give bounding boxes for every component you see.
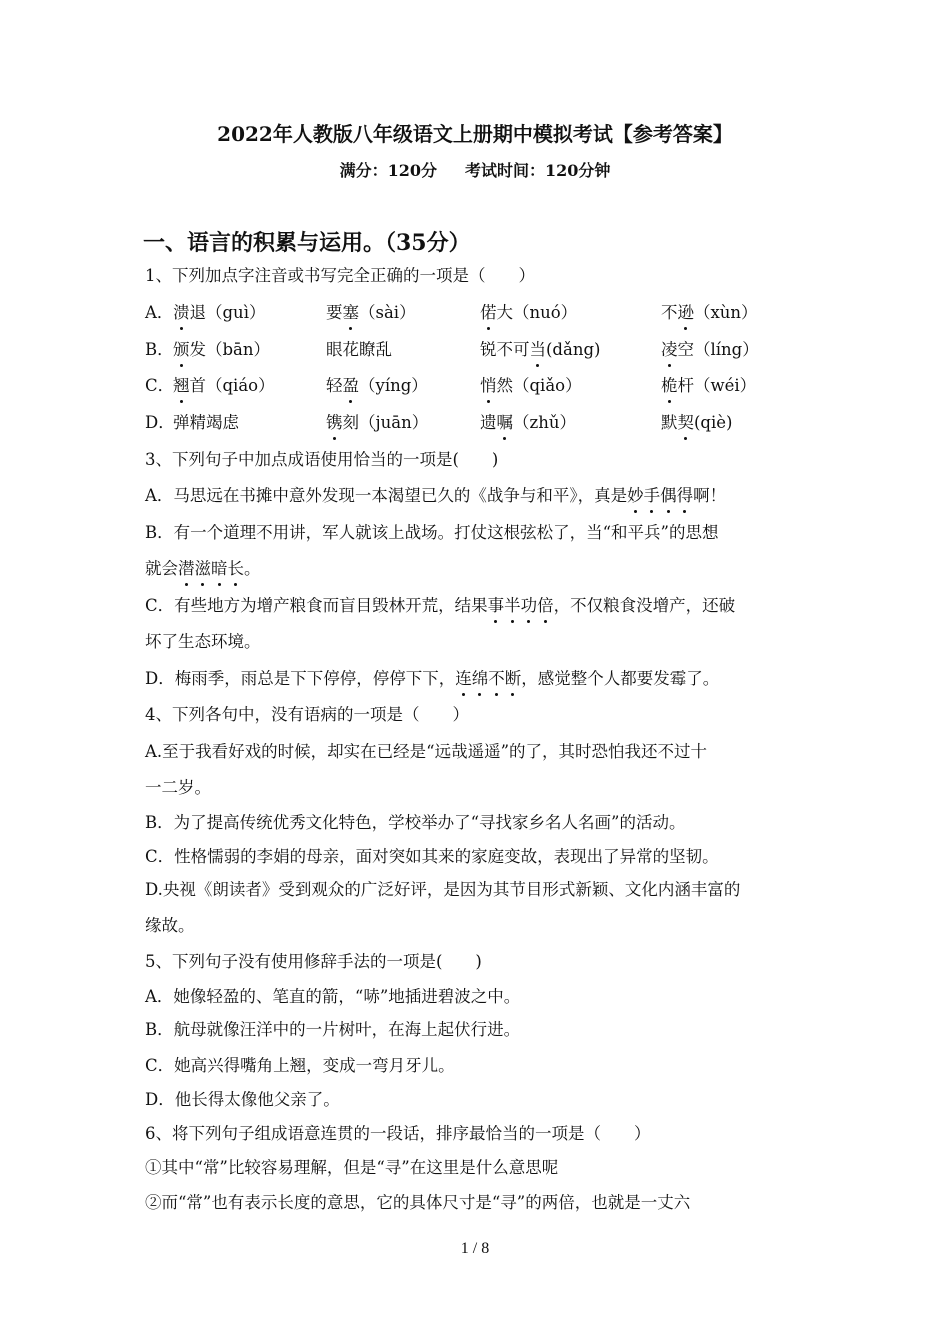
dotted-char: 得 <box>677 484 694 508</box>
dotted-char: 功 <box>521 594 538 618</box>
item-text: （xùn） <box>694 303 758 322</box>
q3-option-b-line1: B．有一个道理不用讲，军人就该上战场。打仗这根弦松了，当“和平兵”的思想 <box>145 521 719 545</box>
q4-option-c: C．性格懦弱的李娟的母亲，面对突如其来的家庭变故，表现出了异常的坚韧。 <box>145 845 719 869</box>
option-label: D． <box>145 411 175 435</box>
option-item: 眼花瞭乱 <box>326 338 392 362</box>
option-item: 溃退（guì） <box>173 301 265 325</box>
item-text: (qiè) <box>694 413 732 432</box>
item-text: 空（líng） <box>678 340 759 359</box>
question-1-stem: 1、下列加点字注音或书写完全正确的一项是（ ） <box>145 264 535 288</box>
option-item: 默契(qiè) <box>661 411 732 435</box>
exam-page: 2022年人教版八年级语文上册期中模拟考试【参考答案】 满分：120分考试时间：… <box>0 0 950 1344</box>
item-text: 然（qiǎo） <box>497 376 582 395</box>
q6-sentence-1: ①其中“常”比较容易理解，但是“寻”在这里是什么意思呢 <box>145 1156 558 1180</box>
q3-option-c-line1: C．有些地方为增产粮食而盲目毁林开荒，结果事半功倍，不仅粮食没增产，还破 <box>145 594 735 618</box>
dotted-char: 盈 <box>343 374 360 398</box>
item-text: 刻（juān） <box>343 413 429 432</box>
q1-option-b: B． 颁发（bān） 眼花瞭乱 锐不可当(dǎng) 凌空（líng） <box>145 338 825 362</box>
question-6-stem: 6、将下列句子组成语意连贯的一段话，排序最恰当的一项是（ ） <box>145 1122 651 1146</box>
option-text: 就会 <box>145 559 178 578</box>
q5-option-d: D．他长得太像他父亲了。 <box>145 1088 340 1112</box>
item-text: 眼花瞭乱 <box>326 340 392 359</box>
dotted-char: 当 <box>530 338 547 362</box>
dotted-char: 桅 <box>661 374 678 398</box>
q5-option-c: C．她高兴得嘴角上翘，变成一弯月牙儿。 <box>145 1054 455 1078</box>
item-text: 杆（wéi） <box>678 376 757 395</box>
item-text: 退（guì） <box>190 303 266 322</box>
q1-option-a: A． 溃退（guì） 要塞（sài） 偌大（nuó） 不逊（xùn） <box>145 301 825 325</box>
option-text: ，感觉整个人都要发霉了。 <box>521 669 719 688</box>
q4-option-a-line2: 一二岁。 <box>145 776 211 800</box>
q5-option-a: A．她像轻盈的、笔直的箭，“哧”地插进碧波之中。 <box>145 985 520 1009</box>
item-text: (dǎng) <box>546 340 600 359</box>
option-label: B． <box>145 338 174 362</box>
option-text: C．有些地方为增产粮食而盲目毁林开荒，结果 <box>145 596 488 615</box>
q3-option-d: D．梅雨季，雨总是下下停停，停停下下，连绵不断，感觉整个人都要发霉了。 <box>145 667 719 691</box>
option-item: 翘首（qiáo） <box>173 374 275 398</box>
dotted-char: 断 <box>505 667 522 691</box>
q3-option-b-line2: 就会潜滋暗长。 <box>145 557 261 581</box>
option-item: 偌大（nuó） <box>480 301 577 325</box>
dotted-char: 绵 <box>472 667 489 691</box>
item-text: 弹精竭虑 <box>173 413 239 432</box>
option-item: 轻盈（yíng） <box>326 374 428 398</box>
q4-option-d-line2: 缘故。 <box>145 914 195 938</box>
option-item: 悄然（qiǎo） <box>480 374 582 398</box>
option-item: 遗嘱（zhǔ） <box>480 411 576 435</box>
item-text: 锐不可 <box>480 340 530 359</box>
option-label: C． <box>145 374 174 398</box>
dotted-char: 连 <box>455 667 472 691</box>
dotted-char: 翘 <box>173 374 190 398</box>
dotted-char: 凌 <box>661 338 678 362</box>
item-text: 大（nuó） <box>497 303 578 322</box>
dotted-char: 滋 <box>195 557 212 581</box>
exam-meta: 满分：120分考试时间：120分钟 <box>0 158 950 181</box>
section-heading: 一、语言的积累与运用。（35分） <box>143 226 471 257</box>
full-score: 满分：120分 <box>340 161 437 180</box>
dotted-char: 半 <box>504 594 521 618</box>
item-text: 首（qiáo） <box>190 376 275 395</box>
dotted-char: 长 <box>228 557 245 581</box>
question-4-stem: 4、下列各句中，没有语病的一项是（ ） <box>145 703 469 727</box>
dotted-char: 偶 <box>660 484 677 508</box>
dotted-char: 不 <box>488 667 505 691</box>
dotted-char: 手 <box>644 484 661 508</box>
option-item: 凌空（líng） <box>661 338 759 362</box>
q3-option-c-line2: 坏了生态环境。 <box>145 630 261 654</box>
exam-time: 考试时间：120分钟 <box>465 161 610 180</box>
dotted-char: 悄 <box>480 374 497 398</box>
page-indicator: 1 / 8 <box>0 1240 950 1258</box>
question-3-stem: 3、下列句子中加点成语使用恰当的一项是( ) <box>145 448 498 472</box>
item-text: 遗 <box>480 413 497 432</box>
item-text: （zhǔ） <box>513 413 576 432</box>
q5-option-b: B．航母就像汪洋中的一片树叶，在海上起伏行进。 <box>145 1018 520 1042</box>
item-text: 不 <box>661 303 678 322</box>
option-text: D．梅雨季，雨总是下下停停，停停下下， <box>145 669 455 688</box>
q4-option-d-line1: D.央视《朗读者》受到观众的广泛好评，是因为其节目形式新颖、文化内涵丰富的 <box>145 878 740 902</box>
dotted-char: 镌 <box>326 411 343 435</box>
question-5-stem: 5、下列句子没有使用修辞手法的一项是( ) <box>145 950 482 974</box>
q1-option-d: D． 弹精竭虑 镌刻（juān） 遗嘱（zhǔ） 默契(qiè) <box>145 411 825 435</box>
dotted-char: 契 <box>678 411 695 435</box>
option-text: A．马思远在书摊中意外发现一本渴望已久的《战争与和平》，真是 <box>145 486 627 505</box>
option-text: 啊！ <box>693 486 726 505</box>
option-item: 要塞（sài） <box>326 301 416 325</box>
q3-option-a: A．马思远在书摊中意外发现一本渴望已久的《战争与和平》，真是妙手偶得啊！ <box>145 484 726 508</box>
option-item: 镌刻（juān） <box>326 411 428 435</box>
dotted-char: 塞 <box>343 301 360 325</box>
item-text: （sài） <box>359 303 416 322</box>
item-text: 轻 <box>326 376 343 395</box>
dotted-char: 事 <box>488 594 505 618</box>
q4-option-a-line1: A.至于我看好戏的时候，却实在已经是“远哉遥遥”的了，其时恐怕我还不过十 <box>145 740 707 764</box>
dotted-char: 嘱 <box>497 411 514 435</box>
option-item: 桅杆（wéi） <box>661 374 756 398</box>
document-title: 2022年人教版八年级语文上册期中模拟考试【参考答案】 <box>0 118 950 147</box>
option-item: 锐不可当(dǎng) <box>480 338 600 362</box>
option-text: 。 <box>244 559 261 578</box>
dotted-char: 颁 <box>173 338 190 362</box>
dotted-char: 偌 <box>480 301 497 325</box>
dotted-char: 逊 <box>678 301 695 325</box>
q1-option-c: C． 翘首（qiáo） 轻盈（yíng） 悄然（qiǎo） 桅杆（wéi） <box>145 374 825 398</box>
item-text: 发（bān） <box>190 340 271 359</box>
dotted-char: 倍 <box>537 594 554 618</box>
q6-sentence-2: ②而“常”也有表示长度的意思，它的具体尺寸是“寻”的两倍，也就是一丈六 <box>145 1191 690 1215</box>
q4-option-b: B．为了提高传统优秀文化特色，学校举办了“寻找家乡名人名画”的活动。 <box>145 811 686 835</box>
option-item: 弹精竭虑 <box>173 411 239 435</box>
dotted-char: 潜 <box>178 557 195 581</box>
option-text: ，不仅粮食没增产，还破 <box>554 596 736 615</box>
option-label: A． <box>145 301 173 325</box>
item-text: 默 <box>661 413 678 432</box>
item-text: 要 <box>326 303 343 322</box>
option-item: 不逊（xùn） <box>661 301 758 325</box>
option-item: 颁发（bān） <box>173 338 270 362</box>
dotted-char: 溃 <box>173 301 190 325</box>
dotted-char: 暗 <box>211 557 228 581</box>
item-text: （yíng） <box>359 376 428 395</box>
dotted-char: 妙 <box>627 484 644 508</box>
